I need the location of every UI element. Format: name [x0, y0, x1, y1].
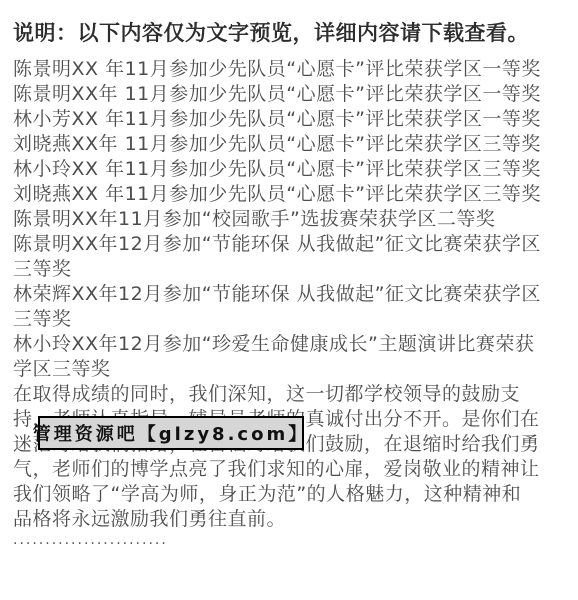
text-line: 刘晓燕XX 年11月参加少先队员“心愿卡”评比荣获学区三等奖	[13, 182, 565, 207]
text-line: 三等奖	[13, 307, 565, 332]
text-line: 林小芳XX 年11月参加少先队员“心愿卡”评比荣获学区一等奖	[13, 107, 565, 132]
text-line: 三等奖	[13, 257, 565, 282]
text-line: 学区三等奖	[13, 357, 565, 382]
text-line: 林小玲XX 年11月参加少先队员“心愿卡”评比荣获学区三等奖	[13, 157, 565, 182]
text-line: 陈景明XX 年11月参加少先队员“心愿卡”评比荣获学区一等奖	[13, 57, 565, 82]
text-line: 刘晓燕XX年 11月参加少先队员“心愿卡”评比荣获学区三等奖	[13, 132, 565, 157]
document-preview-page: 说明：以下内容仅为文字预览，详细内容请下载查看。 陈景明XX 年11月参加少先队…	[0, 0, 578, 600]
text-line: 陈景明XX年11月参加“校园歌手”选拔赛荣获学区二等奖	[13, 207, 565, 232]
text-line: 在取得成绩的同时，我们深知，这一切都学校领导的鼓励支	[13, 382, 565, 407]
text-line: 林荣辉XX年12月参加“节能环保 从我做起”征文比赛荣获学区	[13, 282, 565, 307]
text-line: 陈景明XX年 11月参加少先队员“心愿卡”评比荣获学区一等奖	[13, 82, 565, 107]
document-text-body: 陈景明XX 年11月参加少先队员“心愿卡”评比荣获学区一等奖陈景明XX年 11月…	[13, 57, 565, 557]
text-line: 林小玲XX年12月参加“珍爱生命健康成长”主题演讲比赛荣获	[13, 332, 565, 357]
watermark-box: 管理资源吧【glzy8.com】	[38, 416, 304, 450]
text-line: 气，老师们的博学点亮了我们求知的心扉，爱岗敬业的精神让	[13, 457, 565, 482]
text-line: 陈景明XX年12月参加“节能环保 从我做起”征文比赛荣获学区	[13, 232, 565, 257]
dotted-separator-line: ························	[13, 532, 565, 557]
watermark-text: 管理资源吧【glzy8.com】	[33, 420, 309, 446]
text-line: 品格将永远激励我们勇往直前。	[13, 507, 565, 532]
preview-notice-title: 说明：以下内容仅为文字预览，详细内容请下载查看。	[13, 17, 529, 47]
text-line: 我们领略了“学高为师，身正为范”的人格魅力，这种精神和	[13, 482, 565, 507]
